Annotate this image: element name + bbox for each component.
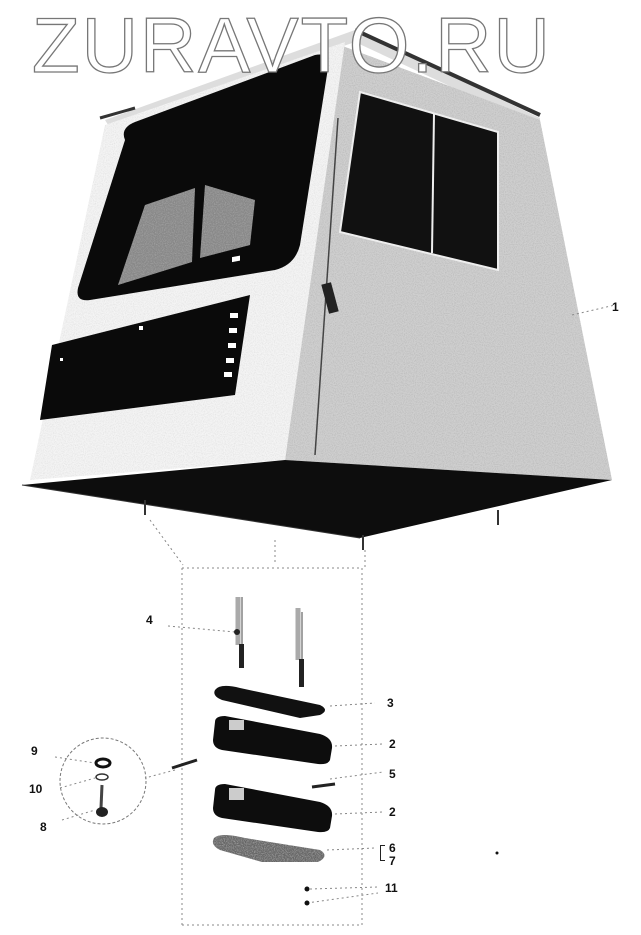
callout-11: 11 [385,882,398,894]
callout-bracket [380,845,385,861]
watermark: ZURAVTO.RU [32,6,552,84]
callout-2-upper: 2 [389,738,396,750]
bolts [234,597,304,687]
top-plate [214,686,325,718]
callout-10: 10 [29,783,42,795]
parts-diagram: ZURAVTO.RU [0,0,641,935]
callout-8: 8 [40,821,47,833]
callout-9: 9 [31,745,38,757]
cab-body [22,30,612,550]
callout-1: 1 [612,301,619,313]
diagram-drawing [0,0,641,935]
callout-2-lower: 2 [389,806,396,818]
pin-left [172,760,197,768]
callout-5: 5 [389,768,396,780]
callout-6: 6 [389,842,396,854]
callout-7: 7 [389,855,396,867]
rubber-mounts [213,716,332,832]
detail-circle [60,738,146,824]
callout-4: 4 [146,614,153,626]
pin-right [312,784,335,787]
callout-3: 3 [387,697,394,709]
